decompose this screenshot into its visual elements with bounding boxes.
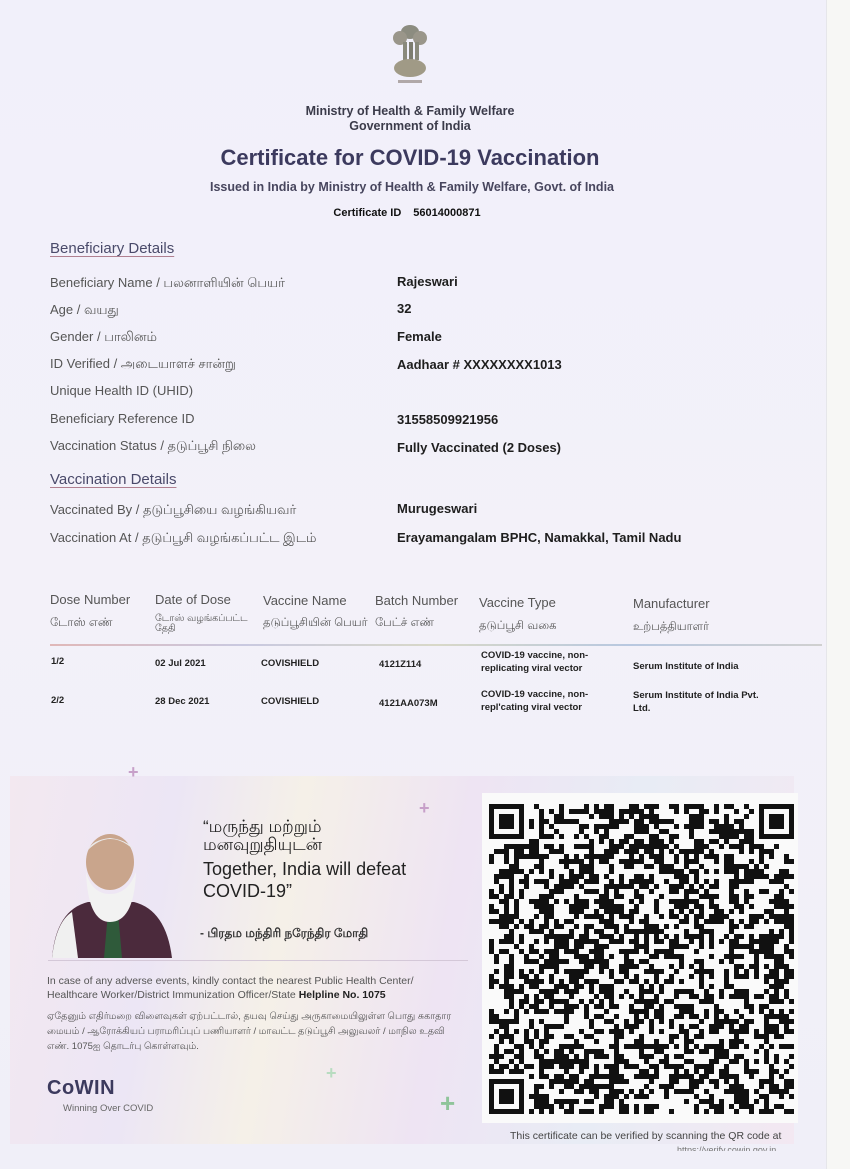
- vaccine-name: COVISHIELD: [261, 657, 319, 670]
- dose-number: 1/2: [51, 655, 64, 668]
- vaccination-at-value: Erayamangalam BPHC, Namakkal, Tamil Nadu: [397, 530, 681, 545]
- certificate-id: Certificate ID56014000871: [0, 207, 814, 219]
- prime-minister-portrait: [48, 832, 174, 958]
- column-header-date: Date of Dose டோஸ் வழங்கப்பட்ட தேதி: [155, 592, 255, 634]
- government-name: Government of India: [0, 119, 820, 133]
- table-divider: [50, 644, 822, 646]
- vaccine-type: COVID-19 vaccine, non-replicating viral …: [481, 649, 616, 675]
- certificate-title: Certificate for COVID-19 Vaccination: [0, 145, 820, 171]
- gender-label: Gender / பாலினம்: [50, 329, 157, 346]
- ministry-name: Ministry of Health & Family Welfare: [0, 104, 820, 118]
- beneficiary-details-heading: Beneficiary Details: [50, 240, 174, 257]
- batch-number: 4121AA073M: [379, 697, 438, 710]
- vaccination-status-label: Vaccination Status / தடுப்பூசி நிலை: [50, 438, 256, 455]
- quote: “மருந்து மற்றும் மனவுறுதியுடன் Together,…: [203, 818, 406, 902]
- verify-instructions: This certificate can be verified by scan…: [510, 1130, 781, 1142]
- national-emblem-icon: [388, 22, 432, 88]
- age-value: 32: [397, 301, 411, 316]
- vaccine-type: COVID-19 vaccine, non-repl'cating viral …: [481, 688, 616, 714]
- dose-date: 02 Jul 2021: [155, 657, 206, 670]
- id-verified-label: ID Verified / அடையாளச் சான்று: [50, 356, 236, 373]
- certificate-id-value: 56014000871: [413, 207, 480, 219]
- manufacturer: Serum Institute of India Pvt. Ltd.: [633, 689, 773, 715]
- paper-edge: [826, 0, 850, 1169]
- gender-value: Female: [397, 329, 442, 344]
- adverse-events-notice-tamil: ஏதேனும் எதிர்மறை விளைவுகள் ஏற்பட்டால், த…: [47, 1009, 467, 1054]
- vaccine-name: COVISHIELD: [261, 695, 319, 708]
- reference-id-label: Beneficiary Reference ID: [50, 411, 195, 426]
- quote-attribution: - பிரதம மந்திரி நரேந்திர மோதி: [200, 926, 368, 942]
- plus-decoration-icon: +: [419, 798, 430, 819]
- certificate-id-label: Certificate ID: [333, 207, 401, 219]
- vaccination-at-label: Vaccination At / தடுப்பூசி வழங்கப்பட்ட இ…: [50, 530, 317, 547]
- column-header-batch-number: Batch Number பேட்ச் எண்: [375, 593, 475, 629]
- qr-code-icon: [489, 803, 794, 1115]
- banner-divider: [48, 960, 468, 961]
- dose-date: 28 Dec 2021: [155, 695, 209, 708]
- vaccination-details-heading: Vaccination Details: [50, 471, 176, 488]
- cowin-tagline: Winning Over COVID: [63, 1103, 153, 1114]
- vaccinated-by-value: Murugeswari: [397, 501, 477, 516]
- beneficiary-name-label: Beneficiary Name / பலனாளியின் பெயர்: [50, 275, 285, 292]
- vaccination-status-value: Fully Vaccinated (2 Doses): [397, 440, 561, 455]
- beneficiary-name-value: Rajeswari: [397, 274, 458, 289]
- helpline-number: Helpline No. 1075: [299, 989, 386, 1001]
- id-verified-value: Aadhaar # XXXXXXXX1013: [397, 357, 562, 372]
- plus-decoration-icon: +: [128, 762, 139, 783]
- certificate-page: Ministry of Health & Family Welfare Gove…: [0, 0, 826, 1169]
- age-label: Age / வயது: [50, 302, 119, 319]
- column-header-vaccine-type: Vaccine Type தடுப்பூசி வகை: [479, 595, 619, 632]
- column-header-vaccine-name: Vaccine Name தடுப்பூசியின் பெயர்: [263, 593, 378, 629]
- uhid-label: Unique Health ID (UHID): [50, 383, 193, 398]
- dose-number: 2/2: [51, 694, 64, 707]
- cowin-logo: CoWIN: [47, 1077, 115, 1100]
- reference-id-value: 31558509921956: [397, 412, 498, 427]
- vaccinated-by-label: Vaccinated By / தடுப்பூசியை வழங்கியவர்: [50, 502, 296, 519]
- column-header-manufacturer: Manufacturer உற்பத்தியாளர்: [633, 596, 773, 633]
- adverse-events-notice: In case of any adverse events, kindly co…: [47, 974, 467, 1002]
- plus-decoration-icon: +: [326, 1063, 337, 1084]
- certificate-subtitle: Issued in India by Ministry of Health & …: [0, 180, 824, 194]
- verify-url[interactable]: https://verify.cowin.gov.in: [677, 1145, 776, 1151]
- batch-number: 4121Z114: [379, 658, 421, 671]
- plus-decoration-icon: +: [440, 1088, 455, 1119]
- column-header-dose-number: Dose Number டோஸ் எண்: [50, 592, 150, 629]
- manufacturer: Serum Institute of India: [633, 660, 773, 673]
